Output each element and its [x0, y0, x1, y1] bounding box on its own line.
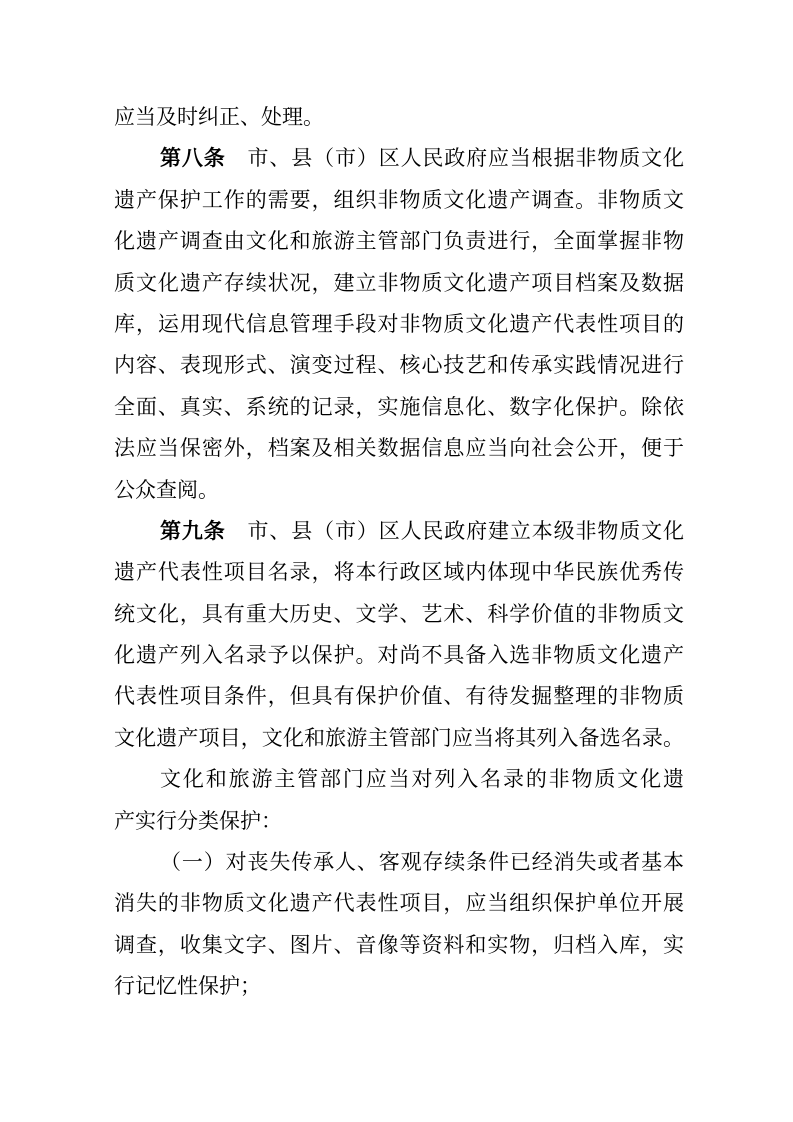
text-line: 行记忆性保护； — [114, 966, 684, 1007]
article-number: 第九条 — [160, 520, 226, 543]
document-page: 应当及时纠正、处理。第八条 市、县（市）区人民政府应当根据非物质文化遗产保护工作… — [0, 0, 793, 1122]
text-line: 第九条 市、县（市）区人民政府建立本级非物质文化 — [114, 511, 684, 552]
line-text: 市、县（市）区人民政府应当根据非物质文化 — [226, 146, 684, 170]
text-line: 遗产代表性项目名录，将本行政区域内体现中华民族优秀传 — [114, 552, 684, 593]
text-line: 质文化遗产存续状况，建立非物质文化遗产项目档案及数据 — [114, 263, 684, 304]
text-line: 代表性项目条件，但具有保护价值、有待发掘整理的非物质 — [114, 676, 684, 717]
text-line: 内容、表现形式、演变过程、核心技艺和传承实践情况进行 — [114, 345, 684, 386]
text-line: 化遗产列入名录予以保护。对尚不具备入选非物质文化遗产 — [114, 635, 684, 676]
text-line: 文化遗产项目，文化和旅游主管部门应当将其列入备选名录。 — [114, 718, 684, 759]
text-line: 第八条 市、县（市）区人民政府应当根据非物质文化 — [114, 138, 684, 179]
line-text: 市、县（市）区人民政府建立本级非物质文化 — [226, 519, 684, 543]
text-line: 应当及时纠正、处理。 — [114, 97, 684, 138]
text-line: 全面、真实、系统的记录，实施信息化、数字化保护。除依 — [114, 387, 684, 428]
text-line: 产实行分类保护： — [114, 801, 684, 842]
text-line: 库，运用现代信息管理手段对非物质文化遗产代表性项目的 — [114, 304, 684, 345]
text-line: （一）对丧失传承人、客观存续条件已经消失或者基本 — [114, 842, 684, 883]
document-body: 应当及时纠正、处理。第八条 市、县（市）区人民政府应当根据非物质文化遗产保护工作… — [114, 97, 684, 1008]
text-line: 统文化，具有重大历史、文学、艺术、科学价值的非物质文 — [114, 594, 684, 635]
text-line: 调查，收集文字、图片、音像等资料和实物，归档入库，实 — [114, 925, 684, 966]
text-line: 法应当保密外，档案及相关数据信息应当向社会公开，便于 — [114, 428, 684, 469]
text-line: 公众查阅。 — [114, 470, 684, 511]
text-line: 消失的非物质文化遗产代表性项目，应当组织保护单位开展 — [114, 883, 684, 924]
text-line: 文化和旅游主管部门应当对列入名录的非物质文化遗 — [114, 759, 684, 800]
text-line: 化遗产调查由文化和旅游主管部门负责进行，全面掌握非物 — [114, 221, 684, 262]
text-line: 遗产保护工作的需要，组织非物质文化遗产调查。非物质文 — [114, 180, 684, 221]
article-number: 第八条 — [160, 147, 226, 170]
